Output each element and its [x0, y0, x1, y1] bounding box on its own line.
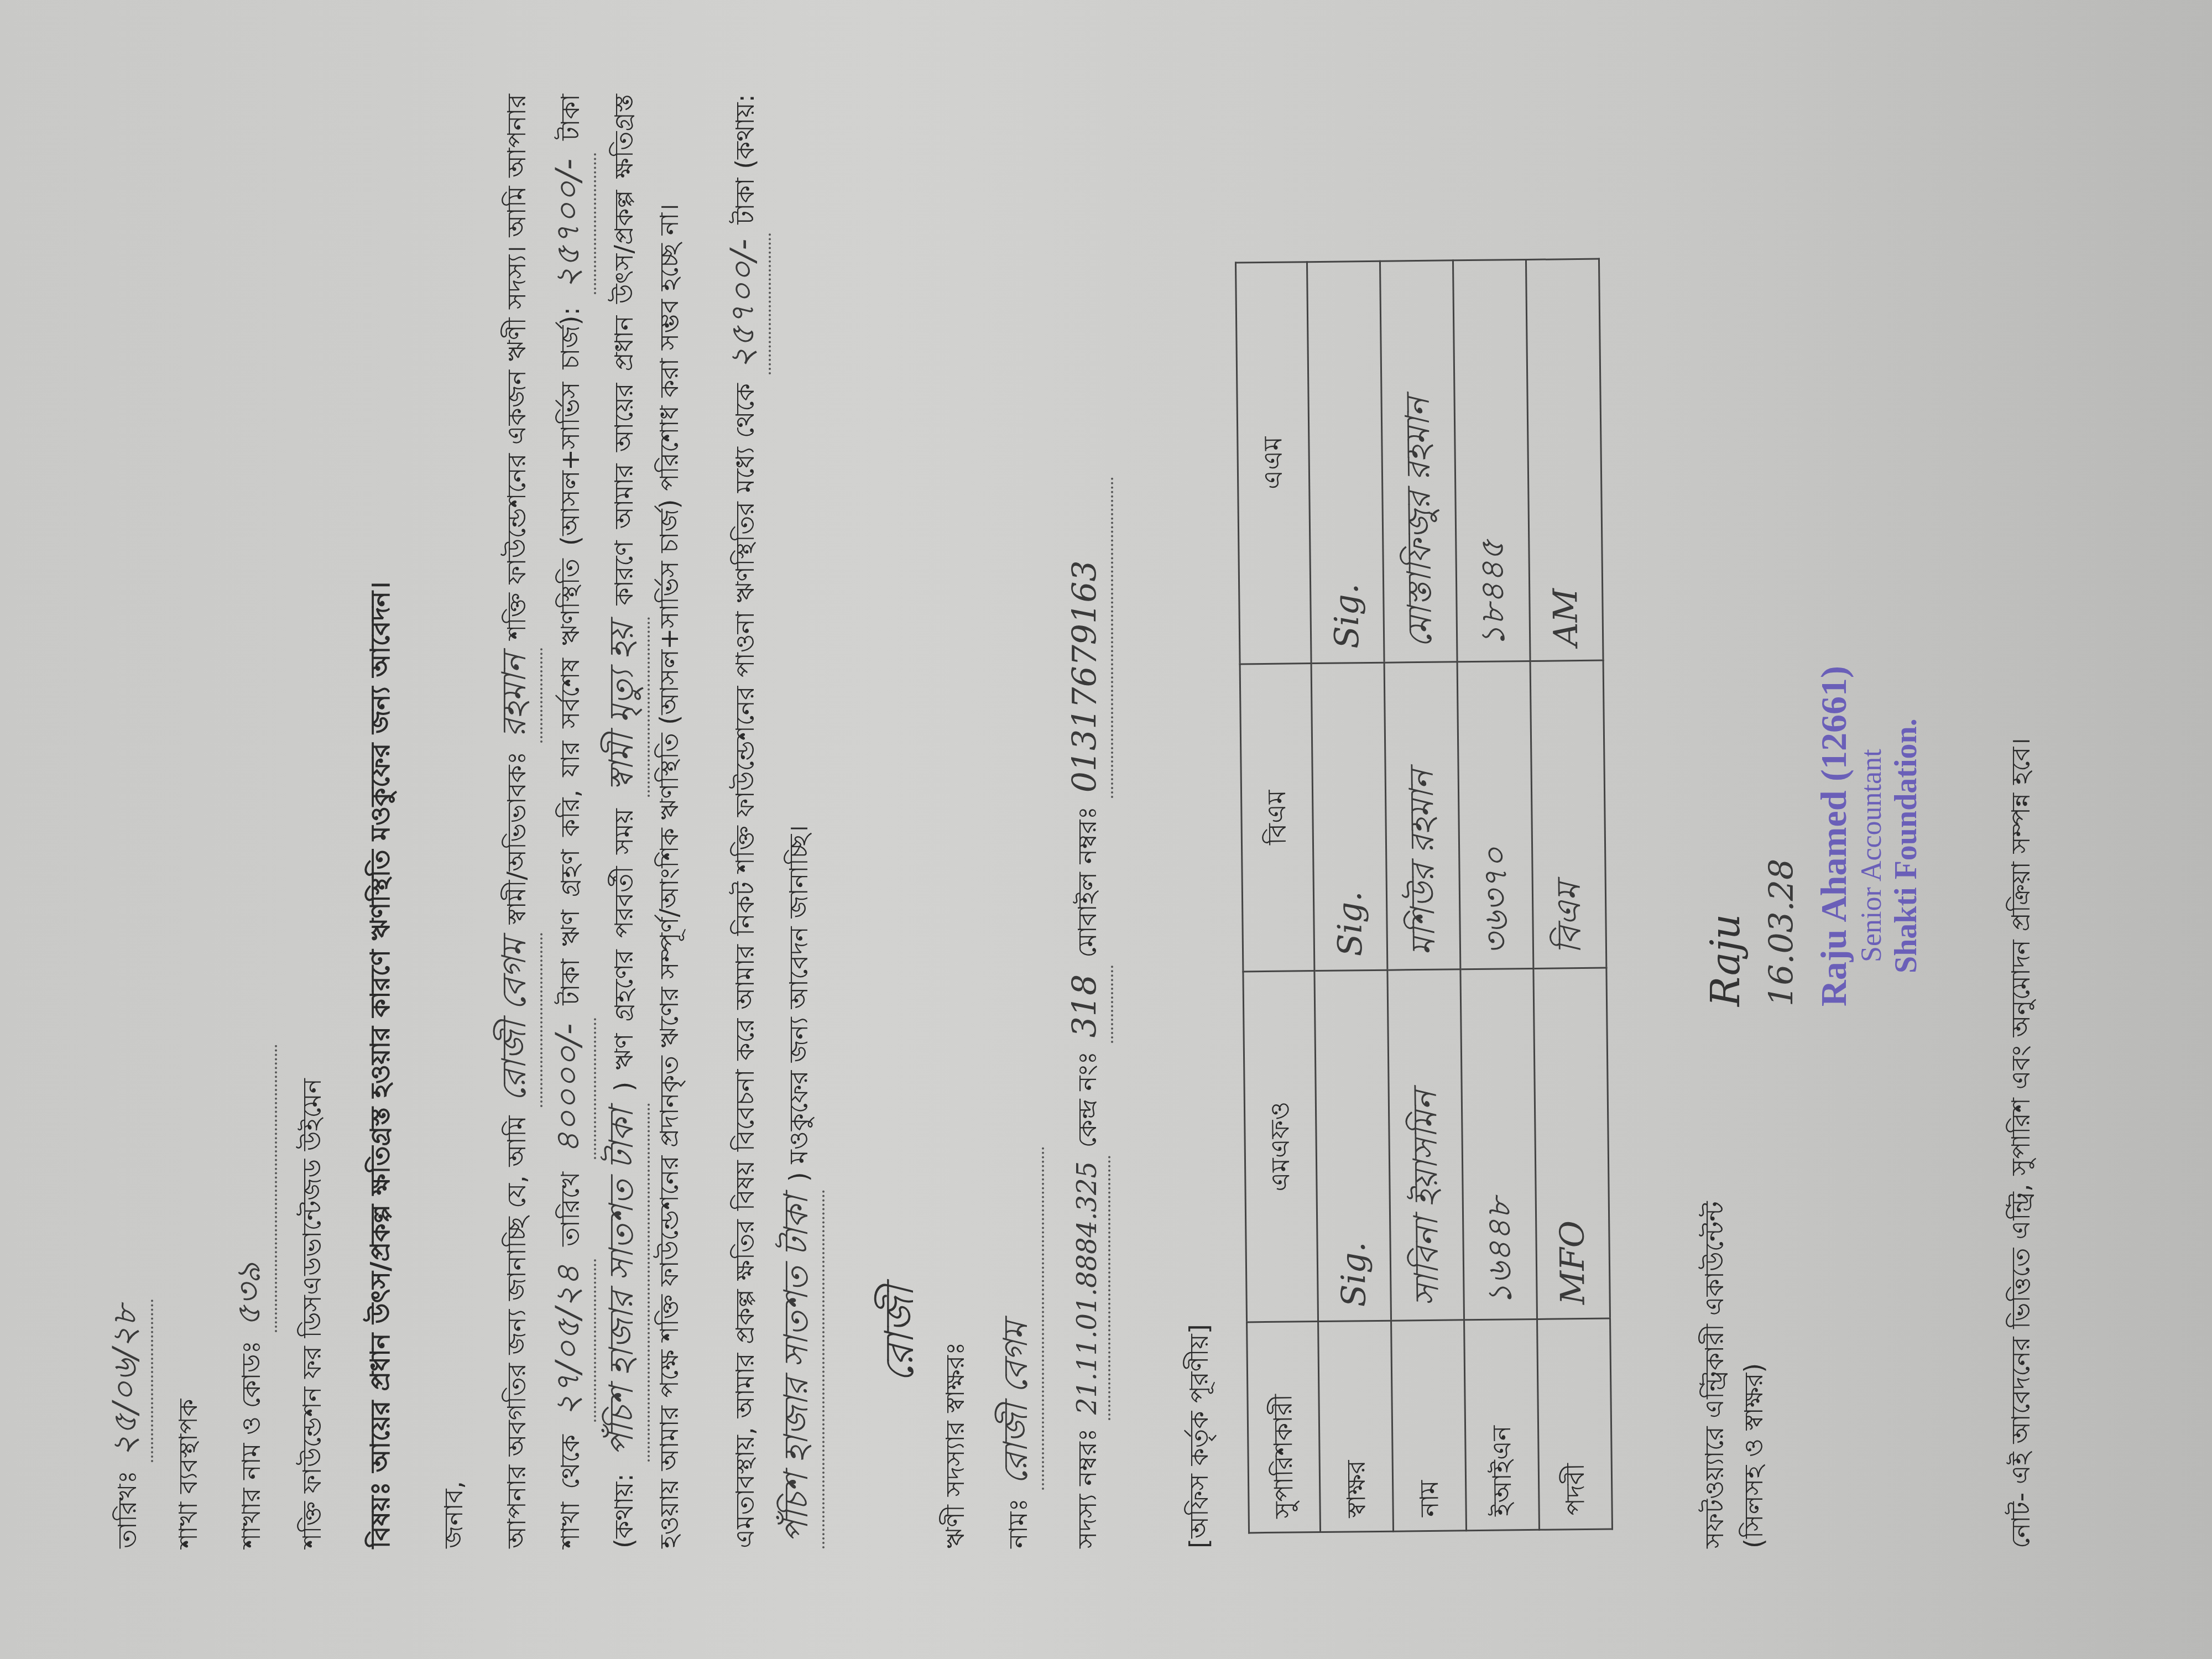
salutation: জনাব, — [434, 94, 473, 1548]
approval-date: 16.03.28 — [1756, 666, 1808, 1006]
para2-text: ) মওকুফের জন্য আবেদন জানাচ্ছি। — [784, 825, 813, 1182]
para2-text: এমতাবস্থায়, আমার প্রকল্প ক্ষতির বিষয় ব… — [730, 383, 760, 1548]
bm-name[interactable]: মশিউর রহমান — [1384, 661, 1460, 970]
organization-line: শক্তি ফাউন্ডেশন ফর ডিসএডভান্টেজড উইমেন — [293, 94, 332, 1548]
bm-ein[interactable]: ৩৬৩৭০ — [1457, 661, 1533, 969]
date-field[interactable]: ২৫/০৬/২৮ — [100, 1300, 153, 1462]
accountant-stamp: Raju Ahamed (12661) Senior Accountant Sh… — [1813, 666, 1924, 1006]
row-label-ein: ইআইএন — [1464, 1319, 1539, 1530]
recipient: শাখা ব্যবস্থাপক — [169, 94, 208, 1548]
loan-waiver-form: তারিখঃ ২৫/০৬/২৮ শাখা ব্যবস্থাপক শাখার না… — [0, 0, 2212, 1659]
header-am: এএম — [1235, 262, 1311, 664]
table-row: পদবী MFO বিএম AM — [1526, 259, 1612, 1530]
footer-note: নোট- এই আবেদনের ভিত্তিতে এন্ট্রি, সুপারি… — [2001, 94, 2041, 1548]
accountant-approval-block: সফটওয়্যারে এন্ট্রিকারী একাউন্টেন্ট (সিল… — [1695, 94, 1924, 1548]
para1-text: স্বামী/অভিভাবকঃ — [502, 752, 531, 925]
am-name[interactable]: মোস্তাফিজুর রহমান — [1380, 260, 1457, 662]
reason-field[interactable]: স্বামী মৃত্যু হয় — [596, 617, 650, 797]
para1-text: আপনার অবগতির জন্য জানাচ্ছি যে, আমি — [502, 1115, 531, 1548]
stamp-organization: Shakti Foundation. — [1888, 666, 1924, 1006]
row-label-name: নাম — [1391, 1320, 1466, 1531]
guardian-field[interactable]: রহমান — [489, 648, 542, 743]
member-name-field[interactable]: রোজী বেগম — [489, 933, 542, 1107]
office-recommendation-table: সুপারিশকারী এমএফও বিএম এএম স্বাক্ষর Sig.… — [1235, 258, 1613, 1534]
member-signature: রোজী — [876, 1286, 922, 1383]
waiver-amount-field[interactable]: ২৫৭০০/- — [717, 233, 771, 374]
mobile-field[interactable]: 01317679163 — [1060, 477, 1113, 798]
header-mfo: এমএফও — [1243, 971, 1318, 1322]
branch-field[interactable]: ৫৩৯ — [223, 1045, 277, 1332]
member-no-field[interactable]: 21.11.01.8884.325 — [1067, 1156, 1110, 1420]
member-no-label: সদস্য নম্বরঃ — [1072, 1428, 1102, 1548]
table-row: নাম সাবিনা ইয়াসমিন মশিউর রহমান মোস্তাফি… — [1380, 260, 1466, 1531]
mfo-ein[interactable]: ১৬৪৪৮ — [1460, 968, 1537, 1319]
para1-text: টাকা ঋণ গ্রহণ করি, যার সর্বশেষ ঋণস্থিতি … — [555, 307, 585, 1005]
accountant-sublabel: (সিলসহ ও স্বাক্ষর) — [1734, 1051, 1773, 1548]
date-label: তারিখঃ — [112, 1470, 142, 1548]
header-recommender: সুপারিশকারী — [1246, 1322, 1320, 1533]
para1-text: ) ঋণ গ্রহণের পরবর্তী সময় — [609, 808, 639, 1092]
paragraph-request: এমতাবস্থায়, আমার প্রকল্প ক্ষতির বিষয় ব… — [717, 94, 825, 1548]
bm-designation[interactable]: বিএম — [1530, 660, 1606, 969]
mfo-name[interactable]: সাবিনা ইয়াসমিন — [1387, 969, 1464, 1321]
bm-signature[interactable]: Sig. — [1311, 662, 1387, 971]
form-header: তারিখঃ ২৫/০৬/২৮ শাখা ব্যবস্থাপক শাখার না… — [100, 94, 332, 1548]
waiver-words-field[interactable]: পঁচিশ হাজার সাতশত টাকা — [771, 1190, 825, 1548]
loan-date-field[interactable]: ২৭/০৫/২৪ — [542, 1259, 596, 1422]
row-label-signature: স্বাক্ষর — [1318, 1321, 1393, 1532]
member-signature-block: রোজী ঋণী সদস্যার স্বাক্ষরঃ নামঃ রোজী বেগ… — [869, 94, 1114, 1548]
center-label: কেন্দ্র নংঃ — [1072, 1051, 1102, 1147]
accountant-signature: Raju — [1695, 666, 1757, 1006]
office-use-label: [অফিস কর্তৃক পূরণীয়] — [1180, 94, 1219, 1548]
subject-line: বিষয়ঃ আয়ের প্রধান উৎস/প্রকল্প ক্ষতিগ্র… — [360, 94, 401, 1548]
para1-text: তারিখে — [555, 1172, 585, 1246]
am-signature[interactable]: Sig. — [1307, 261, 1384, 663]
table-header-row: সুপারিশকারী এমএফও বিএম এএম — [1235, 262, 1320, 1533]
balance-field[interactable]: ২৫৭০০/- — [542, 153, 596, 294]
center-field[interactable]: 318 — [1060, 966, 1113, 1043]
loan-amount-field[interactable]: ৪০০০০/- — [542, 1018, 596, 1159]
am-ein[interactable]: ১৮৪৪৫ — [1453, 260, 1530, 662]
name-field[interactable]: রোজী বেগম — [990, 1147, 1044, 1490]
mfo-designation[interactable]: MFO — [1533, 968, 1610, 1319]
table-row: ইআইএন ১৬৪৪৮ ৩৬৩৭০ ১৮৪৪৫ — [1453, 260, 1539, 1531]
mobile-label: মোবাইল নম্বরঃ — [1072, 806, 1102, 958]
accountant-label: সফটওয়্যারে এন্ট্রিকারী একাউন্টেন্ট — [1695, 1051, 1734, 1548]
balance-words-field[interactable]: পঁচিশ হাজার সাতশত টাকা — [596, 1103, 650, 1462]
paragraph-statement: আপনার অবগতির জন্য জানাচ্ছি যে, আমি রোজী … — [489, 94, 689, 1548]
member-sig-label: ঋণী সদস্যার স্বাক্ষরঃ — [936, 94, 975, 1548]
row-label-designation: পদবী — [1537, 1318, 1612, 1530]
am-designation[interactable]: AM — [1526, 259, 1603, 661]
stamp-title: Senior Accountant — [1855, 666, 1888, 1006]
header-bm: বিএম — [1240, 663, 1314, 972]
para2-text: টাকা (কথায়: — [730, 94, 760, 225]
branch-label: শাখার নাম ও কোডঃ — [236, 1340, 266, 1548]
mfo-signature[interactable]: Sig. — [1314, 970, 1391, 1321]
stamp-name: Raju Ahamed (12661) — [1813, 666, 1855, 1006]
table-row: স্বাক্ষর Sig. Sig. Sig. — [1307, 261, 1393, 1532]
name-label: নামঃ — [1003, 1498, 1033, 1548]
